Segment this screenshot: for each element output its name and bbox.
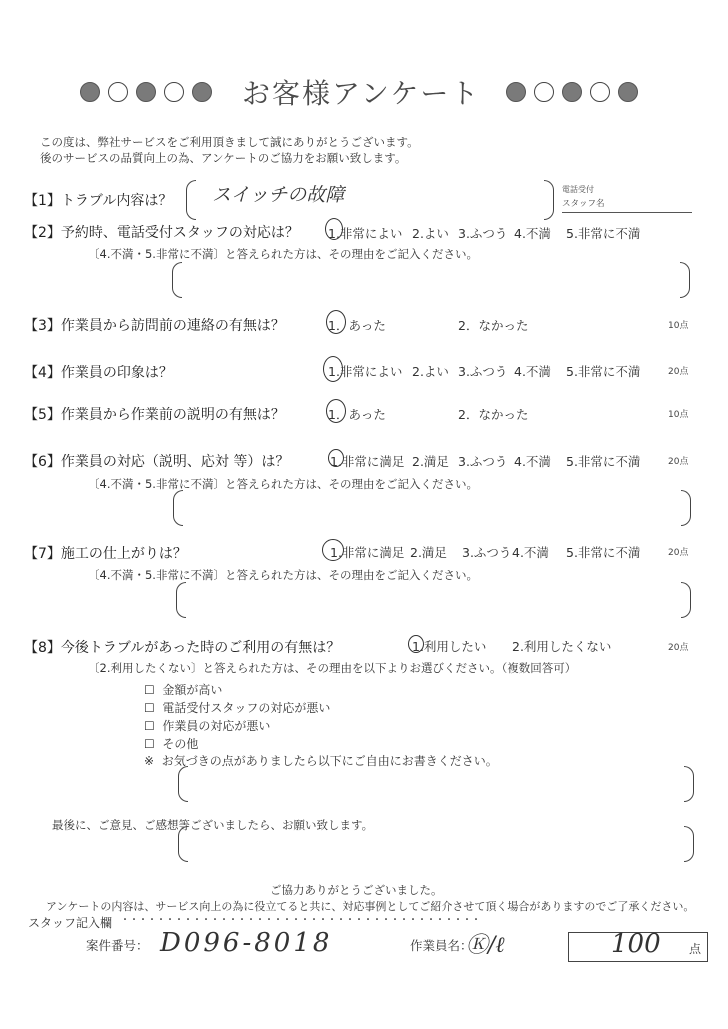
q2-option-5[interactable]: 5.非常に不満 [566, 224, 640, 242]
staff-name-underline[interactable] [562, 212, 692, 213]
decorative-circle-icon [108, 82, 128, 102]
case-number-value[interactable]: D096-8018 [160, 928, 332, 958]
checkbox-label: 作業員の対応が悪い [162, 719, 270, 733]
q2-option-4[interactable]: 4.不満 [514, 224, 551, 242]
question-4-label: 【4】作業員の印象は？ [24, 362, 173, 382]
checkbox-worker[interactable]: ☐ 作業員の対応が悪い [144, 717, 270, 734]
q6-option-4[interactable]: 4.不満 [514, 452, 551, 470]
checkbox-label: 電話受付スタッフの対応が悪い [162, 701, 330, 715]
checkbox-phone-staff[interactable]: ☐ 電話受付スタッフの対応が悪い [144, 699, 330, 716]
q6-option-2[interactable]: 2.満足 [412, 452, 449, 470]
decorative-circle-icon [534, 82, 554, 102]
q2-option-3[interactable]: 3.ふつう [458, 224, 507, 242]
question-1-answer[interactable]: スイッチの故障 [212, 180, 344, 207]
intro-line-1: この度は、弊社サービスをご利用頂きまして誠にありがとうございます。 [40, 134, 419, 150]
q5-points: 10点 [668, 407, 688, 420]
bracket-left [172, 262, 182, 298]
q7-reason-field[interactable] [186, 582, 682, 618]
question-6-label: 【6】作業員の対応（説明、応対 等）は？ [24, 451, 289, 471]
worker-name-label: 作業員名： [410, 936, 473, 954]
bracket-left [178, 766, 188, 802]
score-value[interactable]: 100 [611, 929, 661, 959]
q6-option-3[interactable]: 3.ふつう [458, 452, 507, 470]
decorative-circle-icon [164, 82, 184, 102]
final-comment-field[interactable] [188, 826, 684, 862]
selected-circle-mark [322, 539, 344, 561]
question-5-label: 【5】作業員から作業前の説明の有無は？ [24, 404, 285, 424]
staff-box-line2: スタッフ名 [562, 197, 605, 209]
dotted-separator: ・・・・・・・・・・・・・・・・・・・・・・・・・・・・・・・・・・・・・・・・ [120, 911, 480, 926]
q7-followup: 〔4.不満・5.非常に不満〕と答えられた方は、その理由をご記入ください。 [88, 567, 478, 583]
staff-section-label: スタッフ記入欄 [28, 914, 112, 931]
q5-option-2[interactable]: 2．なかった [458, 405, 528, 423]
q4-option-3[interactable]: 3.ふつう [458, 362, 507, 380]
q2-followup: 〔4.不満・5.非常に不満〕と答えられた方は、その理由をご記入ください。 [88, 246, 478, 262]
case-number-label: 案件番号： [86, 936, 149, 954]
bracket-left [178, 826, 188, 862]
thanks-text: ご協力ありがとうございました。 [270, 882, 443, 898]
decorative-circle-icon [590, 82, 610, 102]
selected-circle-mark [408, 635, 424, 653]
q8-points: 20点 [668, 640, 688, 653]
checkbox-high-price[interactable]: ☐ 金額が高い [144, 681, 222, 698]
free-comment-field[interactable] [188, 766, 684, 802]
q8-option-2[interactable]: 2.利用したくない [512, 637, 611, 655]
q4-points: 20点 [668, 364, 688, 377]
score-box[interactable]: 100 点 [568, 932, 708, 962]
bracket-left [176, 582, 186, 618]
q6-points: 20点 [668, 454, 688, 467]
worker-name-value[interactable]: Ⓚ/ℓ [466, 928, 505, 959]
selected-circle-mark [326, 310, 346, 334]
question-2-label: 【2】予約時、電話受付スタッフの対応は？ [24, 222, 299, 242]
decorative-dot-icon [136, 82, 156, 102]
checkbox-label: その他 [162, 737, 198, 751]
decorative-dot-icon [506, 82, 526, 102]
page-title: お客様アンケート [242, 72, 480, 112]
checkbox-icon[interactable]: ☐ [144, 737, 155, 751]
question-3-label: 【3】作業員から訪問前の連絡の有無は？ [24, 315, 285, 335]
checkbox-icon[interactable]: ☐ [144, 701, 155, 715]
decorative-dot-icon [192, 82, 212, 102]
checkbox-other[interactable]: ☐ その他 [144, 735, 198, 752]
survey-header: お客様アンケート [70, 70, 670, 114]
checkbox-icon[interactable]: ☐ [144, 683, 155, 697]
question-8-label: 【8】今後トラブルがあった時のご利用の有無は？ [24, 637, 340, 657]
q4-option-5[interactable]: 5.非常に不満 [566, 362, 640, 380]
q3-points: 10点 [668, 318, 688, 331]
q6-option-5[interactable]: 5.非常に不満 [566, 452, 640, 470]
checkbox-icon[interactable]: ☐ [144, 719, 155, 733]
bracket-right [684, 826, 694, 862]
decorative-dot-icon [562, 82, 582, 102]
q3-option-2[interactable]: 2．なかった [458, 316, 528, 334]
decorative-dot-icon [618, 82, 638, 102]
bracket-right [681, 490, 691, 526]
q4-option-4[interactable]: 4.不満 [514, 362, 551, 380]
intro-line-2: 後のサービスの品質向上の為、アンケートのご協力をお願い致します。 [40, 150, 406, 166]
q6-reason-field[interactable] [183, 490, 683, 526]
selected-circle-mark [328, 449, 344, 467]
checkbox-label: 金額が高い [162, 683, 222, 697]
q7-option-3[interactable]: 3.ふつう [462, 543, 511, 561]
q2-option-2[interactable]: 2.よい [412, 224, 449, 242]
selected-circle-mark [325, 218, 343, 240]
question-7-label: 【7】施工の仕上がりは？ [24, 543, 187, 563]
question-1-label: 【1】トラブル内容は？ [24, 190, 172, 210]
q4-option-2[interactable]: 2.よい [412, 362, 449, 380]
bracket-right [544, 180, 554, 220]
q7-option-4[interactable]: 4.不満 [512, 543, 549, 561]
selected-circle-mark [323, 356, 343, 382]
q2-reason-field[interactable] [182, 262, 682, 298]
q7-option-2[interactable]: 2.満足 [410, 543, 447, 561]
bracket-right [680, 262, 690, 298]
q8-followup: 〔2.利用したくない〕と答えられた方は、その理由を以下よりお選びください。（複数… [88, 660, 576, 676]
bracket-left [186, 180, 196, 220]
bracket-right [684, 766, 694, 802]
bracket-right [681, 582, 691, 618]
score-unit: 点 [689, 940, 701, 957]
q7-points: 20点 [668, 545, 688, 558]
note-mark-icon: ※ [144, 754, 154, 768]
selected-circle-mark [326, 399, 346, 423]
bracket-left [173, 490, 183, 526]
q7-option-5[interactable]: 5.非常に不満 [566, 543, 640, 561]
decorative-dot-icon [80, 82, 100, 102]
staff-box-line1: 電話受付 [562, 184, 594, 195]
